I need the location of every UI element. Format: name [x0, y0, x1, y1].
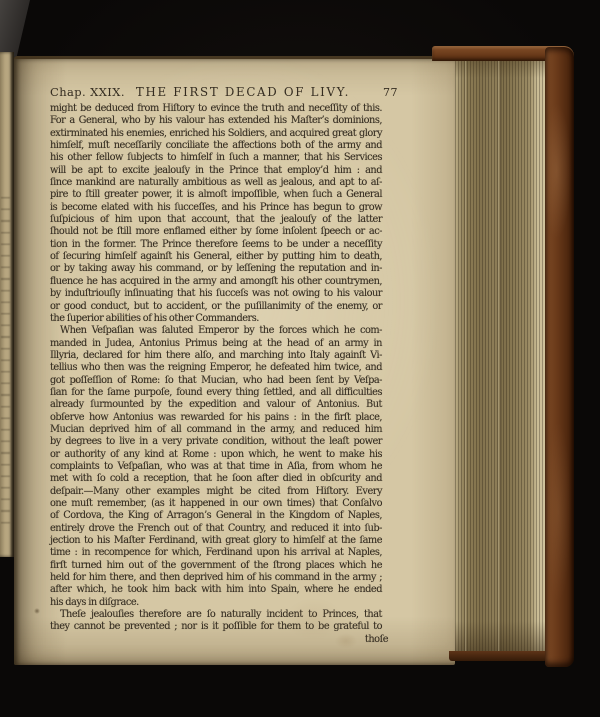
text-line: one muſt remember, (as it happened in ou… [50, 498, 382, 510]
text-line: will be apt to excite jealouſy in the Pr… [50, 165, 382, 177]
text-line: complaints to Veſpaſian, who was at that… [50, 461, 382, 473]
text-line: might be deduced from Hiſtory to evince … [50, 103, 382, 115]
fore-edge-pages [455, 58, 555, 655]
text-line: or authority of any kind at Rome : upon … [50, 449, 382, 461]
text-line: tellius who then was the reigning Empero… [50, 362, 382, 374]
text-line: his other fellow ſubjects to himſelf in … [50, 152, 382, 164]
text-line: Theſe jealouſies therefore are ſo natura… [50, 609, 382, 621]
text-line: time : in recompence for which, Ferdinan… [50, 547, 382, 559]
text-line: by degrees to live in a very private con… [50, 436, 382, 448]
text-line: ſian for the ſame purpoſe, found every t… [50, 387, 382, 399]
text-line: the ſuperior abilities of his other Comm… [50, 313, 382, 325]
text-line: fluence he has acquired in the army and … [50, 276, 382, 288]
text-line: after which, he took him back with him i… [50, 584, 382, 596]
page-number: 77 [383, 86, 398, 99]
text-line: manded in Judea, Antonius Primus being a… [50, 338, 382, 350]
text-line: jection to his Maſter Ferdinand, with gr… [50, 535, 382, 547]
text-line: his days in diſgrace. [50, 597, 382, 609]
text-line: held for him there, and then deprived hi… [50, 572, 382, 584]
facing-page-edge [0, 52, 14, 557]
text-line: tion in the former. The Prince therefore… [50, 239, 382, 251]
paragraph: Theſe jealouſies therefore are ſo natura… [50, 609, 382, 634]
body-text: might be deduced from Hiſtory to evince … [50, 103, 382, 646]
text-line: deſpair.—Many other examples might be ci… [50, 486, 382, 498]
text-line: of Cordova, the King of Arragon’s Genera… [50, 510, 382, 522]
page-header: Chap. XXIX. THE FIRST DECAD OF LIVY. 77 [50, 85, 398, 99]
text-line: already ſurmounted by the expedition and… [50, 399, 382, 411]
text-line: they cannot be prevented ; nor is it poſ… [50, 621, 382, 633]
text-line: When Veſpaſian was ſaluted Emperor by th… [50, 325, 382, 337]
text-line: of ſecuring himſelf againſt his General,… [50, 251, 382, 263]
text-line: got poſſeſſion of Rome: ſo that Mucian, … [50, 375, 382, 387]
paragraph: When Veſpaſian was ſaluted Emperor by th… [50, 325, 382, 609]
text-line: met with ſo cold a reception, that he ſo… [50, 473, 382, 485]
photo-background: Chap. XXIX. THE FIRST DECAD OF LIVY. 77 … [0, 0, 600, 717]
text-line: pire to ſtill greater power, it is almoſ… [50, 189, 382, 201]
text-line: ſuſpicious of him upon that account, tha… [50, 214, 382, 226]
text-line: or good conduct, but to accident, or the… [50, 301, 382, 313]
text-line: For a General, who by his valour has ext… [50, 115, 382, 127]
text-line: ſince mankind are naturally ambitious as… [50, 177, 382, 189]
chapter-label: Chap. XXIX. [50, 85, 125, 99]
text-line: is become elated with his ſucceſſes, and… [50, 202, 382, 214]
text-line: obſerve how Antonius was rewarded for hi… [50, 412, 382, 424]
catchword: thoſe [50, 634, 388, 646]
text-line: Illyria, declared for him there alſo, an… [50, 350, 382, 362]
running-title: THE FIRST DECAD OF LIVY. [136, 85, 350, 99]
text-line: ſhould not be ſtill more enflamed either… [50, 226, 382, 238]
leather-cover-side [545, 47, 574, 667]
paragraph: might be deduced from Hiſtory to evince … [50, 103, 382, 325]
text-line: or by taking away his command, or by leſ… [50, 263, 382, 275]
book-page: Chap. XXIX. THE FIRST DECAD OF LIVY. 77 … [14, 56, 455, 665]
text-line: firſt turned him out of the government o… [50, 560, 382, 572]
text-line: extirminated his enemies, enriched his S… [50, 128, 382, 140]
text-line: himſelf, muſt neceſſarily conciliate the… [50, 140, 382, 152]
text-line: entirely drove the French out of that Co… [50, 523, 382, 535]
text-line: by induſtriouſly inſinuating that his ſu… [50, 288, 382, 300]
text-line: Mucian deprived him of all command in th… [50, 424, 382, 436]
